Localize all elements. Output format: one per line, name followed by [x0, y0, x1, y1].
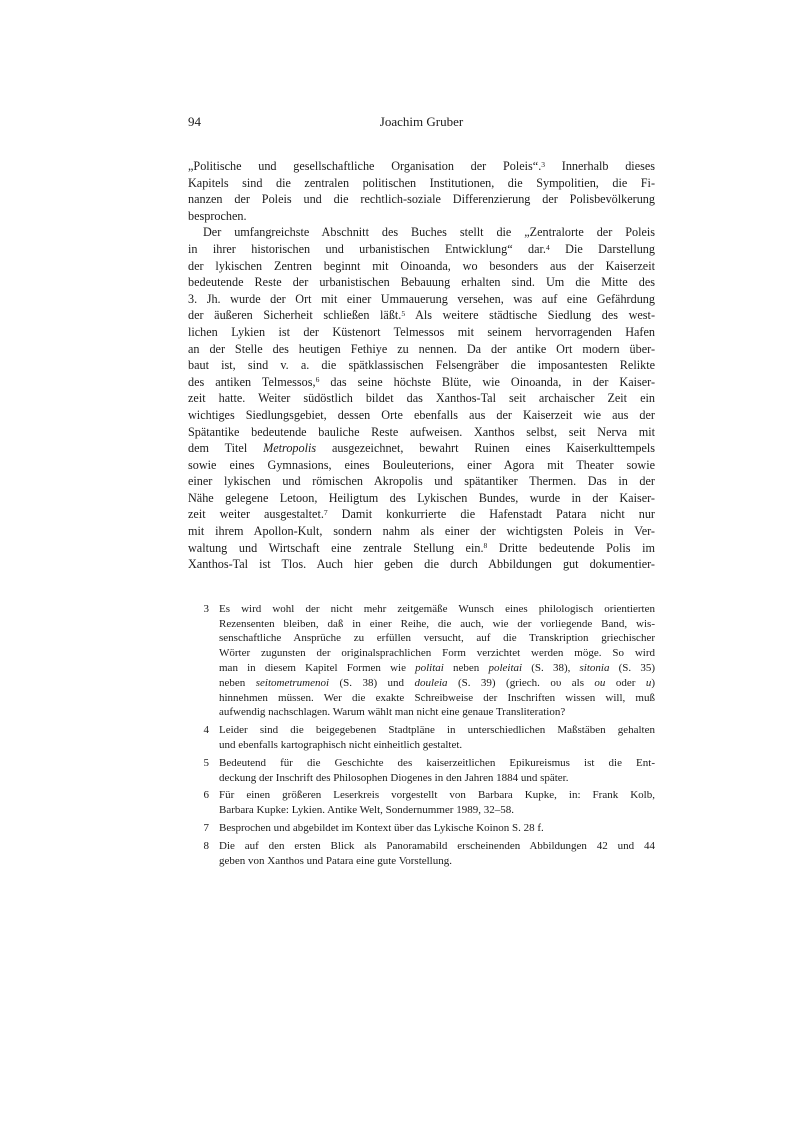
page-number: 94: [188, 113, 201, 130]
text-run: Kapitels sind die zentralen politischen …: [188, 176, 655, 190]
text-run: Als weitere städtische Siedlung des west…: [405, 308, 655, 322]
text-line: Rezensenten bleiben, daß in einer Reihe,…: [219, 617, 655, 632]
text-column: 94 Joachim Gruber „Politische und gesell…: [188, 113, 655, 868]
text-run: man in diesem Kapitel Formen wie: [219, 662, 415, 674]
text-run: Für einen größeren Leserkreis vorgestell…: [219, 789, 655, 801]
text-line: in ihrer historischen und urbanistischen…: [188, 241, 655, 258]
running-title: Joachim Gruber: [188, 113, 655, 130]
text-run: bedeutende Reste der urbanistischen Beba…: [188, 275, 655, 289]
text-run: deckung der Inschrift des Philosophen Di…: [219, 772, 568, 784]
text-run: Xanthos-Tal ist Tlos. Auch hier geben di…: [188, 557, 655, 571]
text-line: besprochen.: [188, 208, 655, 225]
text-run: „Politische und gesellschaftliche Organi…: [188, 159, 541, 173]
text-line: Xanthos-Tal ist Tlos. Auch hier geben di…: [188, 556, 655, 573]
text-line: man in diesem Kapitel Formen wie politai…: [219, 661, 655, 676]
text-run: lichen Lykien ist der Küstenort Telmesso…: [188, 325, 655, 339]
text-line: mit ihrem Apollon-Kult, sondern nahm als…: [188, 523, 655, 540]
text-run: Die Darstellung: [550, 242, 655, 256]
text-line: bedeutende Reste der urbanistischen Beba…: [188, 274, 655, 291]
text-line: Besprochen und abgebildet im Kontext übe…: [219, 821, 655, 836]
text-line: nanzen der Poleis und die rechtlich-sozi…: [188, 191, 655, 208]
text-line: senschaftliche Ansprüche zu erfüllen ver…: [219, 631, 655, 646]
text-run: nanzen der Poleis und die rechtlich-sozi…: [188, 192, 655, 206]
text-run: Innerhalb dieses: [545, 159, 655, 173]
text-line: der äußeren Sicherheit schließen läßt.5 …: [188, 307, 655, 324]
text-run: Damit konkurrierte die Hafenstadt Patara…: [328, 507, 655, 521]
text-run: ): [651, 677, 655, 689]
text-run: Dritte bedeutende Polis im: [487, 541, 655, 555]
footnote-number: 6: [197, 788, 209, 818]
text-run: das seine höchste Blüte, wie Oinoanda, i…: [319, 375, 655, 389]
text-run: Nähe gelegene Letoon, Heiligtum des Lyki…: [188, 491, 655, 505]
text-line: Für einen größeren Leserkreis vorgestell…: [219, 788, 655, 803]
text-line: deckung der Inschrift des Philosophen Di…: [219, 771, 655, 786]
text-run: in ihrer historischen und urbanistischen…: [188, 242, 546, 256]
italic-text: sitonia: [580, 662, 610, 674]
footnote-ref: 7: [324, 508, 328, 517]
text-run: Barbara Kupke: Lykien. Antike Welt, Sond…: [219, 804, 514, 816]
text-line: Spätantike bedeutende bauliche Reste auf…: [188, 424, 655, 441]
text-run: (S. 38) und: [329, 677, 414, 689]
text-run: Es wird wohl der nicht mehr zeitgemäße W…: [219, 603, 655, 615]
footnote-text: Besprochen und abgebildet im Kontext übe…: [219, 821, 655, 836]
text-line: Wörter zugunsten der originalsprachliche…: [219, 646, 655, 661]
text-run: aufwendig nachschlagen. Warum wählt man …: [219, 706, 565, 718]
text-run: baut ist, sind v. a. die spätklassischen…: [188, 358, 655, 372]
text-line: dem Titel Metropolis ausgezeichnet, bewa…: [188, 440, 655, 457]
text-run: Spätantike bedeutende bauliche Reste auf…: [188, 425, 655, 439]
text-run: und ebenfalls kartographisch nicht einhe…: [219, 739, 462, 751]
text-run: (S. 38),: [522, 662, 579, 674]
footnote: 5Bedeutend für die Geschichte des kaiser…: [197, 756, 655, 786]
text-run: besprochen.: [188, 209, 247, 223]
footnote-ref: 5: [401, 309, 405, 318]
text-line: zeit weiter ausgestaltet.7 Damit konkurr…: [188, 506, 655, 523]
text-run: zeit hatte. Weiter südöstlich bildet das…: [188, 391, 655, 405]
footnote: 4Leider sind die beigegebenen Stadtpläne…: [197, 723, 655, 753]
text-line: Es wird wohl der nicht mehr zeitgemäße W…: [219, 602, 655, 617]
text-body: „Politische und gesellschaftliche Organi…: [188, 158, 655, 573]
text-line: wichtiges Siedlungsgebiet, dessen Orte e…: [188, 407, 655, 424]
footnote: 6Für einen größeren Leserkreis vorgestel…: [197, 788, 655, 818]
footnote-number: 3: [197, 602, 209, 720]
text-line: an der Stelle des heutigen Fethiye zu ne…: [188, 341, 655, 358]
text-line: Kapitels sind die zentralen politischen …: [188, 175, 655, 192]
text-run: oder: [605, 677, 645, 689]
footnote-number: 8: [197, 839, 209, 869]
document-page: 94 Joachim Gruber „Politische und gesell…: [0, 0, 800, 1131]
text-run: Die auf den ersten Blick als Panoramabil…: [219, 840, 655, 852]
text-run: neben: [219, 677, 256, 689]
text-run: neben: [444, 662, 489, 674]
text-line: 3. Jh. wurde der Ort mit einer Ummauerun…: [188, 291, 655, 308]
footnote-text: Leider sind die beigegebenen Stadtpläne …: [219, 723, 655, 753]
footnote-number: 4: [197, 723, 209, 753]
italic-text: seitometrumenoi: [256, 677, 329, 689]
italic-text: douleia: [415, 677, 448, 689]
text-line: baut ist, sind v. a. die spätklassischen…: [188, 357, 655, 374]
text-run: an der Stelle des heutigen Fethiye zu ne…: [188, 342, 655, 356]
footnote-ref: 3: [541, 160, 545, 169]
italic-text: Metropolis: [263, 441, 316, 455]
text-run: des antiken Telmessos,: [188, 375, 316, 389]
text-line: zeit hatte. Weiter südöstlich bildet das…: [188, 390, 655, 407]
footnote-ref: 8: [484, 541, 488, 550]
footnote: 8Die auf den ersten Blick als Panoramabi…: [197, 839, 655, 869]
text-line: Nähe gelegene Letoon, Heiligtum des Lyki…: [188, 490, 655, 507]
text-line: hinnehmen müssen. Wer die exakte Schreib…: [219, 691, 655, 706]
text-run: senschaftliche Ansprüche zu erfüllen ver…: [219, 632, 655, 644]
text-line: Barbara Kupke: Lykien. Antike Welt, Sond…: [219, 803, 655, 818]
text-run: Der umfangreichste Abschnitt des Buches …: [203, 225, 655, 239]
italic-text: politai: [415, 662, 444, 674]
text-run: hinnehmen müssen. Wer die exakte Schreib…: [219, 692, 655, 704]
text-run: (S. 35): [609, 662, 655, 674]
text-run: dem Titel: [188, 441, 263, 455]
italic-text: poleitai: [488, 662, 522, 674]
text-line: sowie eines Gymnasions, eines Bouleuteri…: [188, 457, 655, 474]
footnotes-section: 3Es wird wohl der nicht mehr zeitgemäße …: [188, 602, 655, 869]
text-line: Leider sind die beigegebenen Stadtpläne …: [219, 723, 655, 738]
text-run: Rezensenten bleiben, daß in einer Reihe,…: [219, 618, 655, 630]
text-run: der lykischen Zentren beginnt mit Oinoan…: [188, 259, 655, 273]
text-line: des antiken Telmessos,6 das seine höchst…: [188, 374, 655, 391]
footnote-ref: 4: [546, 243, 550, 252]
text-line: „Politische und gesellschaftliche Organi…: [188, 158, 655, 175]
text-line: geben von Xanthos und Patara eine gute V…: [219, 854, 655, 869]
text-line: einer lykischen und römischen Akropolis …: [188, 473, 655, 490]
text-run: der äußeren Sicherheit schließen läßt.: [188, 308, 401, 322]
text-line: neben seitometrumenoi (S. 38) und doulei…: [219, 676, 655, 691]
text-line: der lykischen Zentren beginnt mit Oinoan…: [188, 258, 655, 275]
text-run: Besprochen und abgebildet im Kontext übe…: [219, 822, 544, 834]
text-run: Bedeutend für die Geschichte des kaiserz…: [219, 757, 655, 769]
footnote-text: Die auf den ersten Blick als Panoramabil…: [219, 839, 655, 869]
running-header: 94 Joachim Gruber: [188, 113, 655, 130]
text-run: 3. Jh. wurde der Ort mit einer Ummauerun…: [188, 292, 655, 306]
footnote-number: 7: [197, 821, 209, 836]
footnote-text: Für einen größeren Leserkreis vorgestell…: [219, 788, 655, 818]
text-line: und ebenfalls kartographisch nicht einhe…: [219, 738, 655, 753]
footnote-text: Bedeutend für die Geschichte des kaiserz…: [219, 756, 655, 786]
text-run: Wörter zugunsten der originalsprachliche…: [219, 647, 655, 659]
footnote: 3Es wird wohl der nicht mehr zeitgemäße …: [197, 602, 655, 720]
text-line: Bedeutend für die Geschichte des kaiserz…: [219, 756, 655, 771]
footnote: 7Besprochen und abgebildet im Kontext üb…: [197, 821, 655, 836]
text-run: mit ihrem Apollon-Kult, sondern nahm als…: [188, 524, 655, 538]
text-run: einer lykischen und römischen Akropolis …: [188, 474, 655, 488]
footnote-number: 5: [197, 756, 209, 786]
text-run: wichtiges Siedlungsgebiet, dessen Orte e…: [188, 408, 655, 422]
text-line: aufwendig nachschlagen. Warum wählt man …: [219, 705, 655, 720]
footnote-text: Es wird wohl der nicht mehr zeitgemäße W…: [219, 602, 655, 720]
italic-text: ou: [594, 677, 605, 689]
text-run: geben von Xanthos und Patara eine gute V…: [219, 855, 452, 867]
text-run: (S. 39) (griech. ου als: [448, 677, 595, 689]
text-line: Der umfangreichste Abschnitt des Buches …: [188, 224, 655, 241]
text-line: Die auf den ersten Blick als Panoramabil…: [219, 839, 655, 854]
text-line: waltung und Wirtschaft eine zentrale Ste…: [188, 540, 655, 557]
text-run: waltung und Wirtschaft eine zentrale Ste…: [188, 541, 484, 555]
text-line: lichen Lykien ist der Küstenort Telmesso…: [188, 324, 655, 341]
text-run: ausgezeichnet, bewahrt Ruinen eines Kais…: [316, 441, 655, 455]
text-run: Leider sind die beigegebenen Stadtpläne …: [219, 724, 655, 736]
text-run: zeit weiter ausgestaltet.: [188, 507, 324, 521]
footnote-ref: 6: [316, 375, 320, 384]
text-run: sowie eines Gymnasions, eines Bouleuteri…: [188, 458, 655, 472]
